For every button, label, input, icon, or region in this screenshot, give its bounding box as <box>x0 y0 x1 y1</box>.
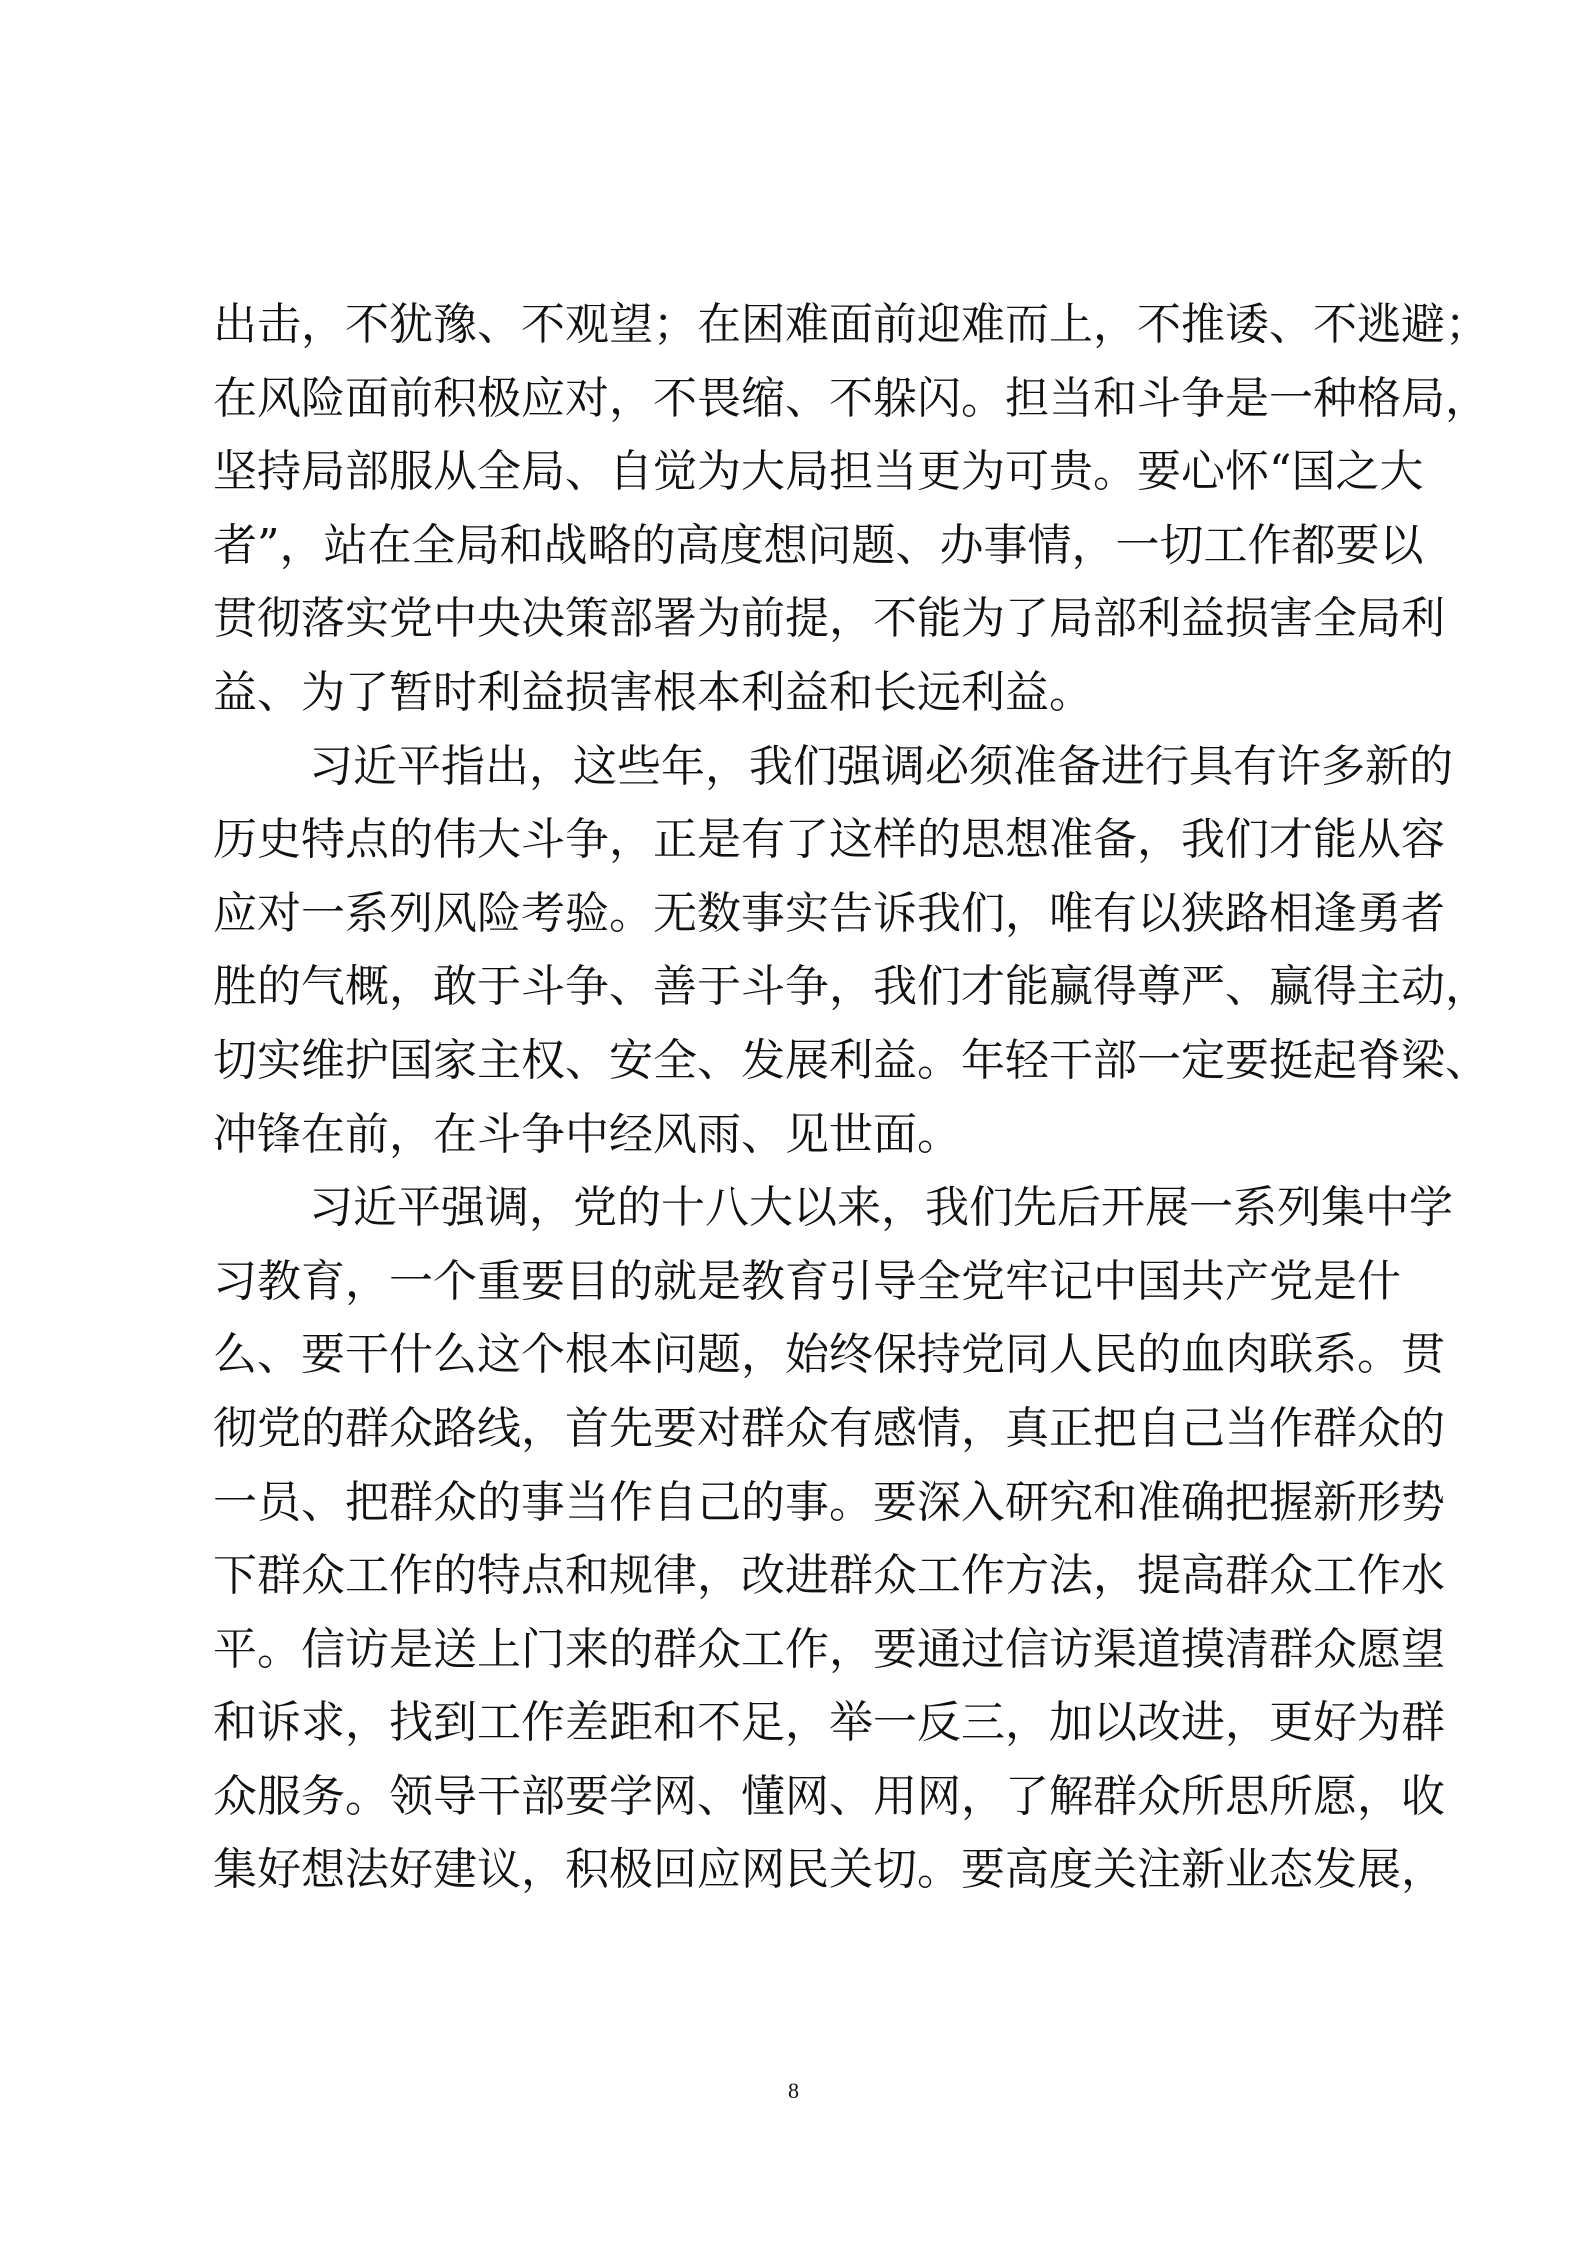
page-number: 8 <box>0 2078 1587 2104</box>
text-line: 众服务。领导干部要学网、懂网、用网，了解群众所思所愿，收 <box>213 1760 1388 1834</box>
text-line: 在风险面前积极应对，不畏缩、不躲闪。担当和斗争是一种格局， <box>213 362 1388 436</box>
text-line: 习近平强调，党的十八大以来，我们先后开展一系列集中学 <box>213 1171 1388 1245</box>
text-line: 胜的气概，敢于斗争、善于斗争，我们才能赢得尊严、赢得主动， <box>213 950 1388 1024</box>
text-line: 集好想法好建议，积极回应网民关切。要高度关注新业态发展， <box>213 1833 1388 1907</box>
text-line: 习近平指出，这些年，我们强调必须准备进行具有许多新的 <box>213 730 1388 804</box>
text-line: 切实维护国家主权、安全、发展利益。年轻干部一定要挺起脊梁、 <box>213 1024 1388 1098</box>
text-line: 者”，站在全局和战略的高度想问题、办事情，一切工作都要以 <box>213 509 1388 583</box>
body-text: 出击，不犹豫、不观望；在困难面前迎难而上，不推诿、不逃避； 在风险面前积极应对，… <box>213 288 1388 1907</box>
text-line: 出击，不犹豫、不观望；在困难面前迎难而上，不推诿、不逃避； <box>213 288 1388 362</box>
text-line: 下群众工作的特点和规律，改进群众工作方法，提高群众工作水 <box>213 1539 1388 1613</box>
document-page: 出击，不犹豫、不观望；在困难面前迎难而上，不推诿、不逃避； 在风险面前积极应对，… <box>0 0 1587 2245</box>
text-line: 贯彻落实党中央决策部署为前提，不能为了局部利益损害全局利 <box>213 582 1388 656</box>
text-line: 彻党的群众路线，首先要对群众有感情，真正把自己当作群众的 <box>213 1392 1388 1466</box>
text-line: 和诉求，找到工作差距和不足，举一反三，加以改进，更好为群 <box>213 1686 1388 1760</box>
text-line: 一员、把群众的事当作自己的事。要深入研究和准确把握新形势 <box>213 1466 1388 1540</box>
text-line: 么、要干什么这个根本问题，始终保持党同人民的血肉联系。贯 <box>213 1318 1388 1392</box>
text-line: 历史特点的伟大斗争，正是有了这样的思想准备，我们才能从容 <box>213 803 1388 877</box>
text-line: 坚持局部服从全局、自觉为大局担当更为可贵。要心怀“国之大 <box>213 435 1388 509</box>
text-line: 应对一系列风险考验。无数事实告诉我们，唯有以狭路相逢勇者 <box>213 877 1388 951</box>
text-line: 益、为了暂时利益损害根本利益和长远利益。 <box>213 656 1388 730</box>
text-line: 习教育，一个重要目的就是教育引导全党牢记中国共产党是什 <box>213 1245 1388 1319</box>
text-line: 平。信访是送上门来的群众工作，要通过信访渠道摸清群众愿望 <box>213 1613 1388 1687</box>
text-line: 冲锋在前，在斗争中经风雨、见世面。 <box>213 1098 1388 1172</box>
